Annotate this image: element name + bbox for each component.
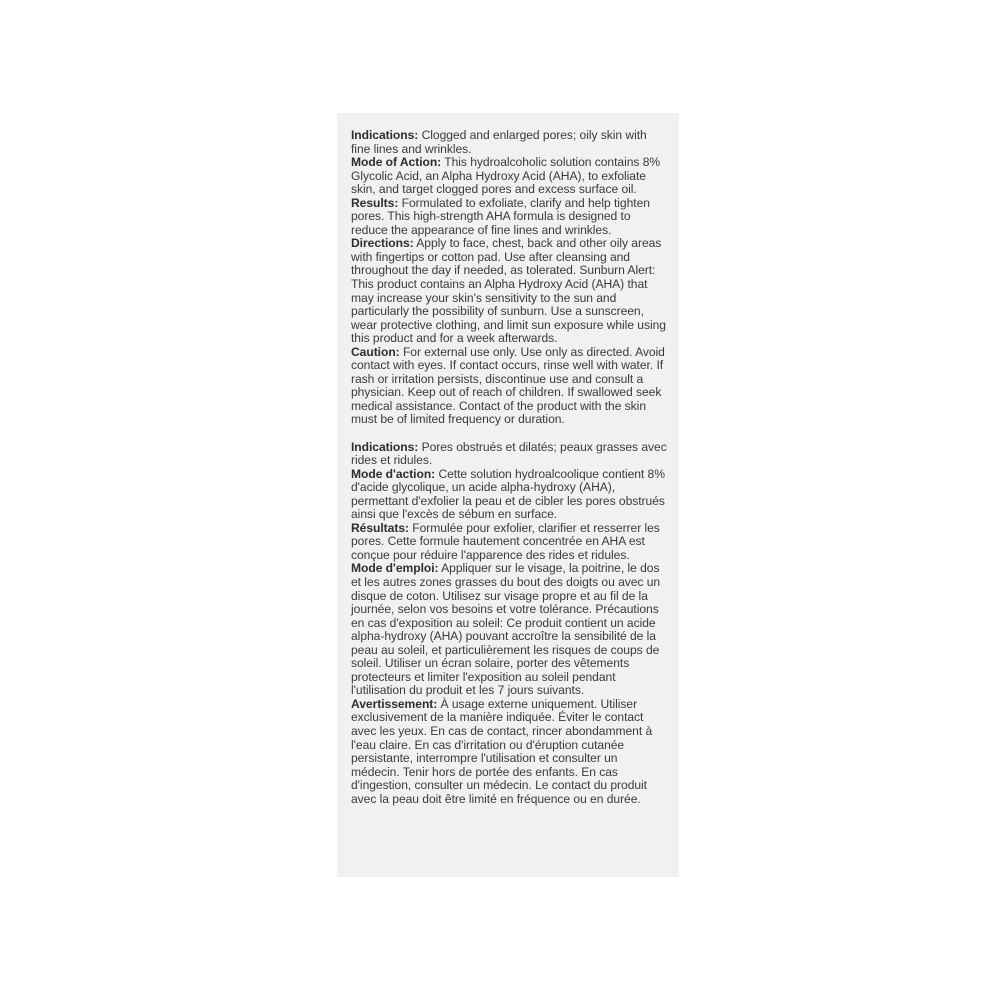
- product-label-panel: Indications: Clogged and enlarged pores;…: [337, 113, 679, 877]
- resultats-fr-paragraph: Résultats: Formulée pour exfolier, clari…: [351, 522, 669, 563]
- indications-term: Indications:: [351, 128, 418, 142]
- results-paragraph: Results: Formulated to exfoliate, clarif…: [351, 197, 669, 238]
- indications-fr-paragraph: Indications: Pores obstrués et dilatés; …: [351, 441, 669, 468]
- directions-text: Apply to face, chest, back and other oil…: [351, 236, 666, 345]
- results-term: Results:: [351, 196, 398, 210]
- avertissement-fr-text: À usage externe uniquement. Utiliser exc…: [351, 697, 652, 806]
- indications-fr-term: Indications:: [351, 440, 418, 454]
- avertissement-fr-term: Avertissement:: [351, 697, 437, 711]
- mode-action-fr-term: Mode d'action:: [351, 467, 435, 481]
- french-section: Indications: Pores obstrués et dilatés; …: [351, 441, 669, 807]
- caution-paragraph: Caution: For external use only. Use only…: [351, 346, 669, 427]
- mode-emploi-fr-term: Mode d'emploi:: [351, 561, 439, 575]
- mode-of-action-term: Mode of Action:: [351, 155, 441, 169]
- mode-emploi-fr-text: Appliquer sur le visage, la poitrine, le…: [351, 561, 660, 697]
- mode-emploi-fr-paragraph: Mode d'emploi: Appliquer sur le visage, …: [351, 562, 669, 697]
- resultats-fr-term: Résultats:: [351, 521, 409, 535]
- caution-term: Caution:: [351, 345, 400, 359]
- avertissement-fr-paragraph: Avertissement: À usage externe uniquemen…: [351, 698, 669, 806]
- english-section: Indications: Clogged and enlarged pores;…: [351, 129, 669, 427]
- indications-paragraph: Indications: Clogged and enlarged pores;…: [351, 129, 669, 156]
- mode-action-fr-paragraph: Mode d'action: Cette solution hydroalcoo…: [351, 468, 669, 522]
- directions-term: Directions:: [351, 236, 414, 250]
- directions-paragraph: Directions: Apply to face, chest, back a…: [351, 237, 669, 345]
- mode-of-action-paragraph: Mode of Action: This hydroalcoholic solu…: [351, 156, 669, 197]
